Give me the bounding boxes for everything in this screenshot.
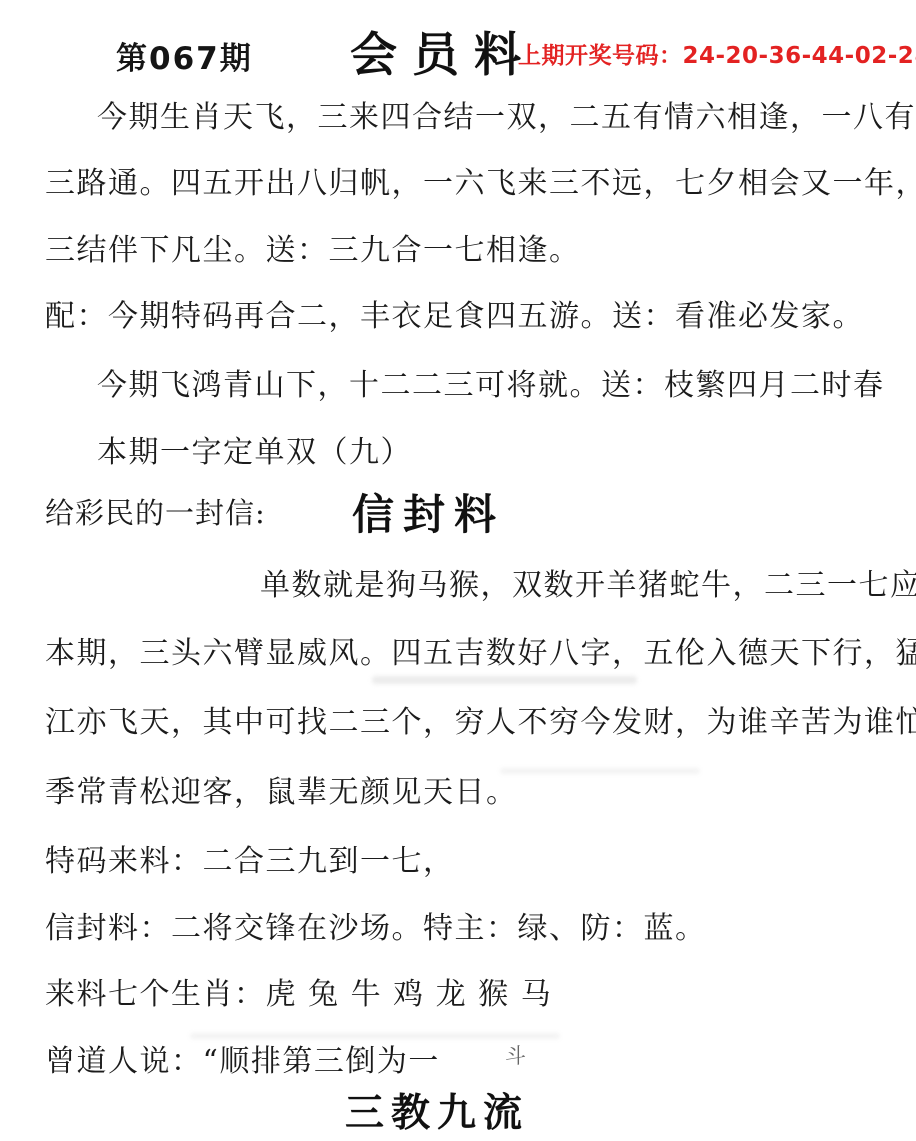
stray-print-mark: 斗	[505, 1040, 526, 1070]
scan-artifact	[500, 768, 700, 774]
zodiac-tip-line: 来料七个生肖：虎 兔 牛 鸡 龙 猴 马	[45, 969, 896, 1013]
scan-artifact	[372, 676, 637, 684]
footer-title: 三教九流	[345, 1082, 529, 1138]
paragraph1-line: 本期一字定单双（九）	[45, 427, 896, 471]
scan-artifact	[190, 1033, 560, 1039]
tema-tip-line: 特码来料：二合三九到一七，	[45, 836, 896, 880]
paragraph2-line: 江亦飞天，其中可找二三个，穷人不穷今发财，为谁辛苦为谁忙，四	[45, 697, 896, 741]
last-draw-numbers: 上期开奖号码：24-20-36-44-02-28+37	[518, 37, 916, 70]
zengdaoren-line: 曾道人说：“顺排第三倒为一	[45, 1036, 896, 1080]
paragraph1-line: 配：今期特码再合二，丰衣足食四五游。送：看准必发家。	[45, 291, 896, 335]
paragraph1-line: 三结伴下凡尘。送：三九合一七相逢。	[45, 225, 896, 269]
paragraph2-line: 季常青松迎客，鼠辈无颜见天日。	[45, 767, 896, 811]
paragraph1-line: 今期生肖天飞，三来四合结一双，二五有情六相逢，一八有义	[45, 92, 896, 136]
letter-label: 给彩民的一封信:	[45, 491, 266, 532]
paragraph1-line: 三路通。四五开出八归帆，一六飞来三不远，七夕相会又一年，一	[45, 158, 896, 202]
paragraph1-line: 今期飞鸿青山下，十二二三可将就。送：枝繁四月二时春	[45, 360, 896, 404]
xinfeng-tip-line: 信封料：二将交锋在沙场。特主：绿、防：蓝。	[45, 903, 896, 947]
paragraph2-line: 单数就是狗马猴，双数开羊猪蛇牛，二三一七应	[45, 560, 896, 604]
lottery-tip-sheet: 第067期 会员料 上期开奖号码：24-20-36-44-02-28+37 今期…	[0, 0, 916, 1141]
page-title: 会员料	[350, 18, 536, 85]
issue-number: 第067期	[116, 33, 253, 78]
paragraph2-line: 本期，三头六臂显威风。四五吉数好八字，五伦入德天下行，猛龙过	[45, 628, 896, 672]
letter-title: 信封料	[352, 482, 505, 542]
